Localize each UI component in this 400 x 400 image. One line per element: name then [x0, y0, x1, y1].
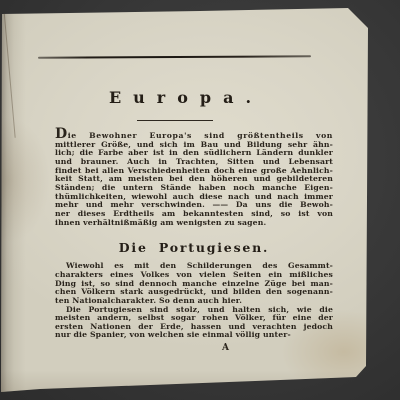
text-block: Die Bewohner Europa's sind größtentheils… [55, 130, 333, 340]
header-rule [38, 55, 311, 58]
paragraph-europa: Die Bewohner Europa's sind größtentheils… [55, 130, 333, 227]
text-line: ihnen verhältnißmäßig am wenigsten zu sa… [55, 219, 333, 228]
book-page: Europa. Die Bewohner Europa's sind größt… [0, 0, 400, 400]
scan-background: Europa. Die Bewohner Europa's sind größt… [0, 0, 400, 400]
gutter-shadow [0, 0, 26, 400]
text-line: nur die Spanier, von welchen sie einmal … [55, 331, 333, 340]
chapter-title: Europa. [40, 88, 320, 107]
section-heading-portugiesen: Die Portugiesen. [55, 240, 333, 255]
paragraph-portugiesen-2: Die Portugiesen sind stolz, und halten s… [55, 306, 333, 341]
signature-mark: A [222, 343, 229, 353]
page-bottom-shade [0, 370, 400, 400]
paragraph-portugiesen-1: Wiewohl es mit den Schilderungen des Ges… [55, 262, 333, 305]
title-underline-rule [137, 120, 213, 121]
